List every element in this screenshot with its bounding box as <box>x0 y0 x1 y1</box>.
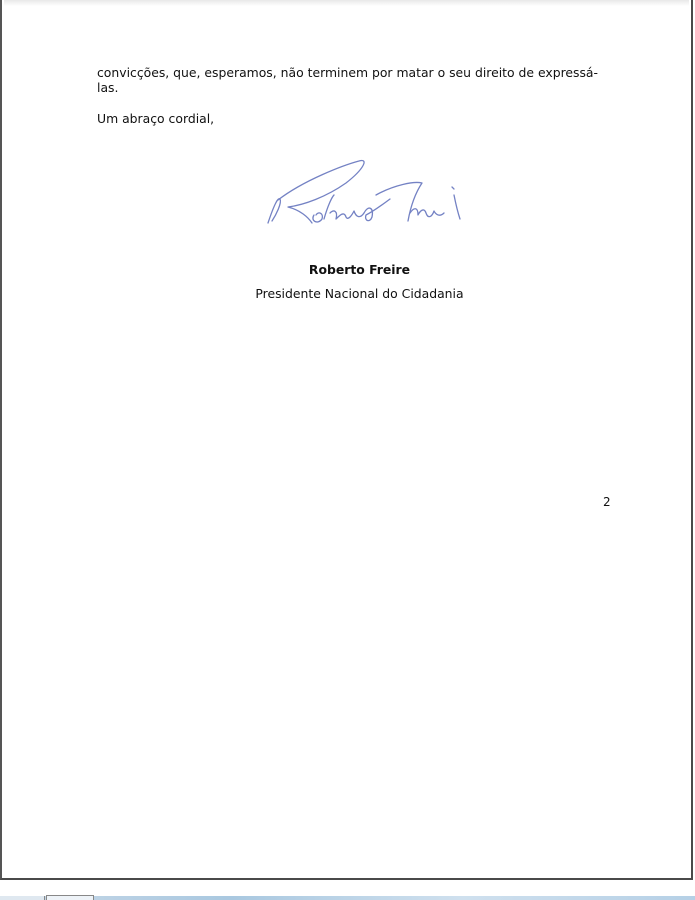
page-top-shade <box>4 0 689 6</box>
document-page: convicções, que, esperamos, não terminem… <box>0 0 693 880</box>
closing-line: Um abraço cordial, <box>97 111 637 126</box>
taskbar-tab[interactable] <box>0 896 45 900</box>
signature-icon <box>264 155 474 235</box>
taskbar-tab-active[interactable] <box>46 895 94 900</box>
paragraph-line: convicções, que, esperamos, não terminem… <box>97 65 637 80</box>
page-number: 2 <box>603 495 611 509</box>
signer-name: Roberto Freire <box>2 262 695 277</box>
taskbar <box>0 896 695 900</box>
paragraph-line: las. <box>97 80 637 95</box>
signer-title: Presidente Nacional do Cidadania <box>2 286 695 301</box>
body-paragraph: convicções, que, esperamos, não terminem… <box>97 65 637 95</box>
